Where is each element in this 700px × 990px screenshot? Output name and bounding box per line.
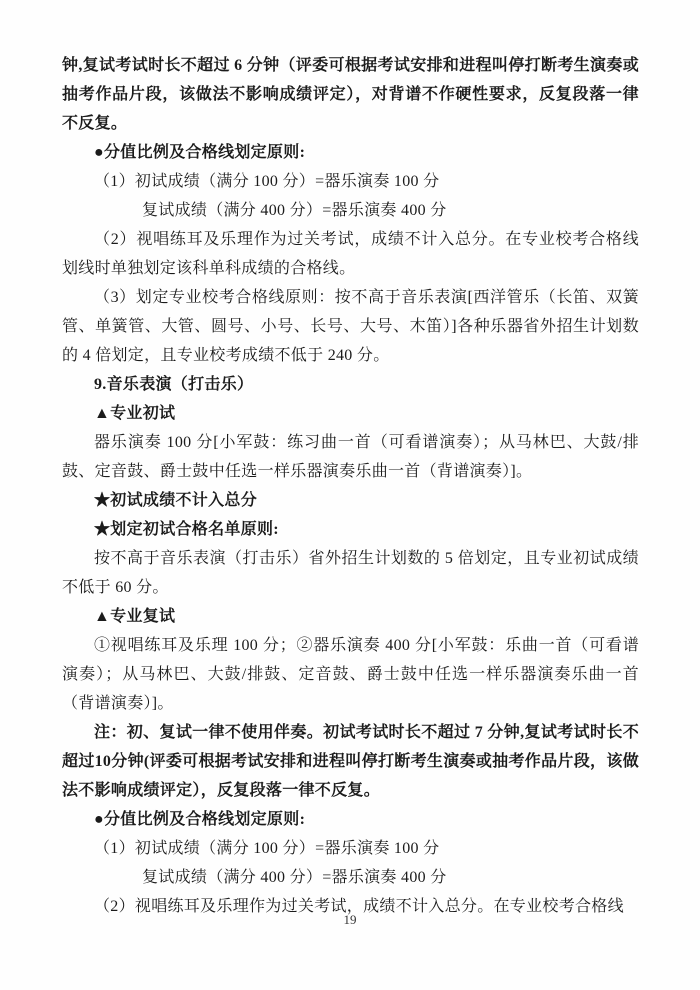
paragraph-continuation-note: 钟,复试考试时长不超过 6 分钟（评委可根据考试安排和进程叫停打断考生演奏或抽考…	[62, 51, 639, 138]
paragraph-first-exam-content: 器乐演奏 100 分[小军鼓：练习曲一首（可看谱演奏）；从马林巴、大鼓/排鼓、定…	[62, 428, 639, 486]
paragraph-item-1-second-exam-2: 复试成绩（满分 400 分）=器乐演奏 400 分	[62, 863, 639, 892]
paragraph-heading-first-exam: ▲专业初试	[62, 399, 639, 428]
paragraph-bullet-heading-score-rules: ●分值比例及合格线划定原则:	[62, 138, 639, 167]
paragraph-qualify-rule-content: 按不高于音乐表演（打击乐）省外招生计划数的 5 倍划定，且专业初试成绩不低于 6…	[62, 544, 639, 602]
paragraph-section-9-title: 9.音乐表演（打击乐）	[62, 370, 639, 399]
paragraph-second-exam-content: ①视唱练耳及乐理 100 分；②器乐演奏 400 分[小军鼓：乐曲一首（可看谱演…	[62, 631, 639, 718]
paragraph-item-1-first-exam-2: （1）初试成绩（满分 100 分）=器乐演奏 100 分	[62, 834, 639, 863]
paragraph-item-3-passline-rule: （3）划定专业校考合格线原则：按不高于音乐表演[西洋管乐（长笛、双簧管、单簧管、…	[62, 283, 639, 370]
paragraph-bullet-heading-score-rules-2: ●分值比例及合格线划定原则:	[62, 805, 639, 834]
paragraph-star-note-score: ★初试成绩不计入总分	[62, 486, 639, 515]
document-page: 钟,复试考试时长不超过 6 分钟（评委可根据考试安排和进程叫停打断考生演奏或抽考…	[0, 0, 700, 990]
paragraph-note-no-accompaniment: 注：初、复试一律不使用伴奏。初试考试时长不超过 7 分钟,复试考试时长不超过10…	[62, 718, 639, 805]
paragraph-item-1-second-exam: 复试成绩（满分 400 分）=器乐演奏 400 分	[62, 196, 639, 225]
paragraph-heading-second-exam: ▲专业复试	[62, 602, 639, 631]
paragraph-star-heading-qualify-rule: ★划定初试合格名单原则:	[62, 515, 639, 544]
paragraph-item-1-first-exam: （1）初试成绩（满分 100 分）=器乐演奏 100 分	[62, 167, 639, 196]
paragraph-item-2-sightsinging: （2）视唱练耳及乐理作为过关考试，成绩不计入总分。在专业校考合格线划线时单独划定…	[62, 225, 639, 283]
document-body: 钟,复试考试时长不超过 6 分钟（评委可根据考试安排和进程叫停打断考生演奏或抽考…	[62, 51, 639, 921]
page-number: 19	[0, 912, 700, 928]
